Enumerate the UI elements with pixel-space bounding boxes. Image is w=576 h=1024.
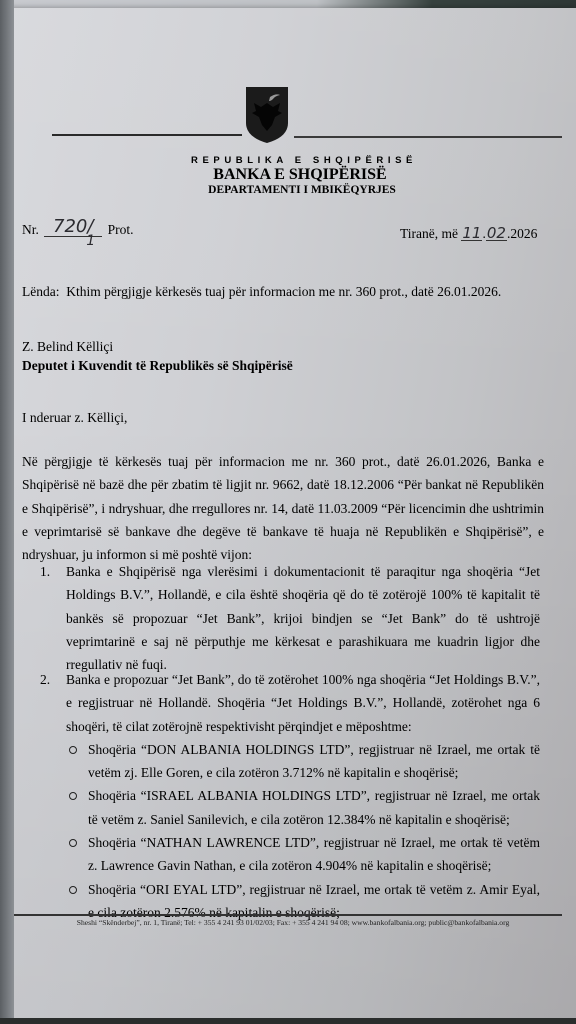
list-item: 1. Banka e Shqipërisë nga vlerësimi i do… <box>40 560 540 676</box>
shareholder-text: Shoqëria “DON ALBANIA HOLDINGS LTD”, reg… <box>88 742 540 780</box>
numbered-point-2: 2. Banka e propozuar “Jet Bank”, do të z… <box>40 668 540 924</box>
handwritten-sub-number: 1 <box>86 232 95 250</box>
shareholder-item: Shoqëria “NATHAN LAWRENCE LTD”, regjistr… <box>66 831 540 878</box>
protocol-number: Nr. 720/1 Prot. <box>22 220 134 239</box>
prot-label: Prot. <box>108 222 134 237</box>
shareholder-list: Shoqëria “DON ALBANIA HOLDINGS LTD”, reg… <box>66 738 540 924</box>
shareholder-text: Shoqëria “NATHAN LAWRENCE LTD”, regjistr… <box>88 835 540 873</box>
recipient-title: Deputet i Kuvendit të Republikës së Shqi… <box>22 356 293 375</box>
page-edge-shadow <box>0 0 14 1024</box>
list-item: 2. Banka e propozuar “Jet Bank”, do të z… <box>40 668 540 924</box>
subject-line: Lënda: Kthim përgjigje kërkesës tuaj për… <box>22 284 501 300</box>
shareholder-text: Shoqëria “ISRAEL ALBANIA HOLDINGS LTD”, … <box>88 788 540 826</box>
point-text: Banka e propozuar “Jet Bank”, do të zotë… <box>66 672 540 734</box>
circle-bullet-icon <box>69 746 77 754</box>
nr-label: Nr. <box>22 222 39 237</box>
circle-bullet-icon <box>69 839 77 847</box>
albanian-eagle-emblem-icon <box>244 85 290 145</box>
republic-heading: REPUBLIKA E SHQIPËRISË <box>0 155 576 166</box>
shareholder-item: Shoqëria “DON ALBANIA HOLDINGS LTD”, reg… <box>66 738 540 785</box>
place-label: Tiranë, më <box>400 226 458 241</box>
subject-text: Kthim përgjigje kërkesës tuaj për inform… <box>66 284 501 299</box>
recipient-name: Z. Belind Këlliçi <box>22 337 293 356</box>
point-number: 1. <box>40 560 50 583</box>
circle-bullet-icon <box>69 886 77 894</box>
salutation: I nderuar z. Këlliçi, <box>22 410 127 426</box>
date-year: 2026 <box>510 226 537 241</box>
circle-bullet-icon <box>69 792 77 800</box>
letter-date: Tiranë, më 11.02.2026 <box>400 226 537 242</box>
subject-label: Lënda: <box>22 284 59 299</box>
footer-contact: Sheshi “Skënderbej”, nr. 1, Tiranë; Tel:… <box>0 918 576 927</box>
shareholder-item: Shoqëria “ISRAEL ALBANIA HOLDINGS LTD”, … <box>66 784 540 831</box>
point-text: Banka e Shqipërisë nga vlerësimi i dokum… <box>66 564 540 672</box>
point-number: 2. <box>40 668 50 691</box>
letterhead-rule-left <box>52 134 242 136</box>
department-heading: DEPARTAMENTI I MBIKËQYRJES <box>0 184 576 196</box>
bank-name-heading: BANKA E SHQIPËRISË <box>0 166 576 184</box>
intro-paragraph: Në përgjigje të kërkesës tuaj për inform… <box>22 450 544 566</box>
handwritten-protocol-number: 720/1 <box>44 218 102 237</box>
letterhead-rule-right <box>294 136 562 138</box>
photo-backdrop-bottom <box>0 1018 576 1024</box>
footer-rule <box>14 914 562 916</box>
numbered-point-1: 1. Banka e Shqipërisë nga vlerësimi i do… <box>40 560 540 676</box>
recipient-block: Z. Belind Këlliçi Deputet i Kuvendit të … <box>22 337 293 375</box>
handwritten-day: 11 <box>461 226 482 241</box>
handwritten-month: 02 <box>486 226 507 241</box>
